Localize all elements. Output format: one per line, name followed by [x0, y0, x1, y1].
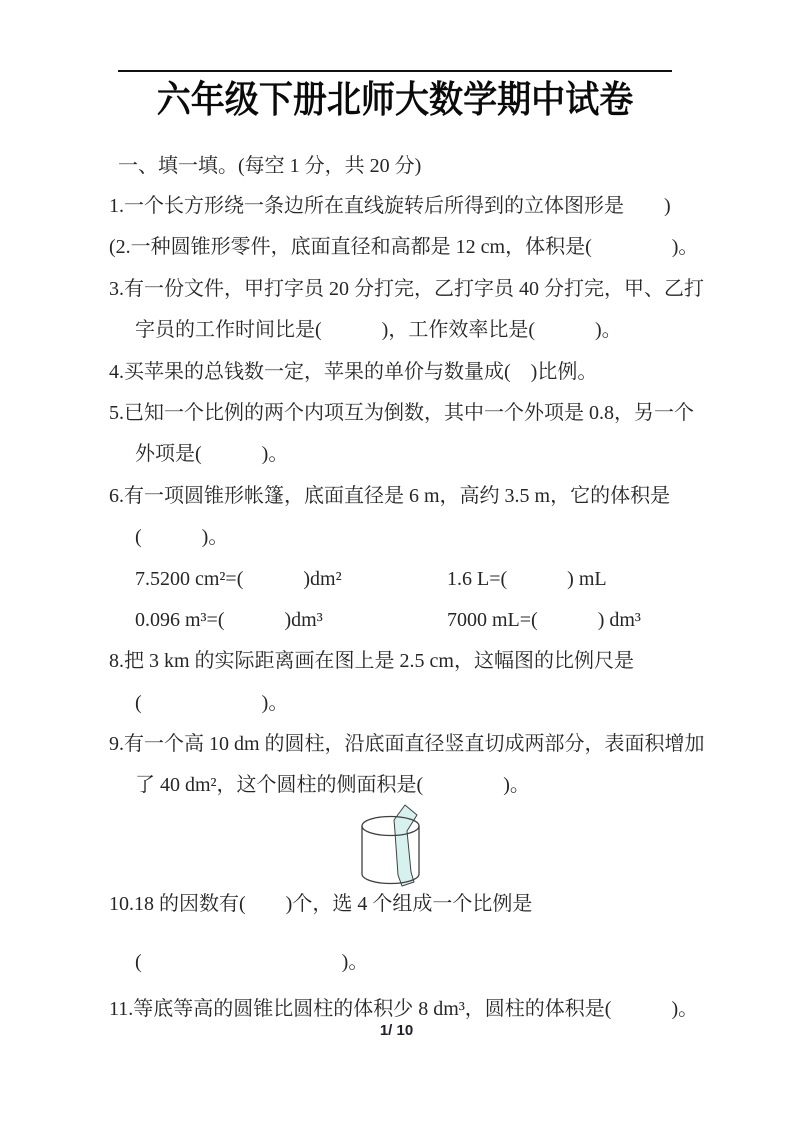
unit-conversion-left: 7.5200 cm²=( )dm² [135, 559, 447, 600]
question-3-line-2: 字员的工作时间比是( )，工作效率比是( )。 [109, 310, 769, 351]
unit-conversion-right: 7000 mL=( ) dm³ [447, 609, 641, 631]
figure-row [109, 807, 769, 884]
question-8-line-1: 8.把 3 km 的实际距离画在图上是 2.5 cm，这幅图的比例尺是 [109, 641, 769, 682]
page-number: 1/ 10 [0, 1022, 793, 1039]
question-2: (2.一种圆锥形零件，底面直径和高都是 12 cm，体积是( )。 [109, 227, 769, 268]
cylinder-cut-figure [354, 799, 430, 891]
question-5-line-2: 外项是( )。 [109, 434, 769, 475]
question-6-line-2: ( )。 [109, 517, 769, 558]
question-9-line-2: 了 40 dm²，这个圆柱的侧面积是( )。 [109, 765, 769, 806]
page-title: 六年级下册北师大数学期中试卷 [140, 78, 650, 122]
questions-list: 1.一个长方形绕一条边所在直线旋转后所得到的立体图形是 ) (2.一种圆锥形零件… [109, 186, 769, 1030]
question-10-line-2: ( )。 [109, 942, 769, 983]
question-1: 1.一个长方形绕一条边所在直线旋转后所得到的立体图形是 ) [109, 186, 769, 227]
question-3-line-1: 3.有一份文件，甲打字员 20 分打完，乙打字员 40 分打完，甲、乙打 [109, 269, 769, 310]
question-6-line-1: 6.有一项圆锥形帐篷，底面直径是 6 m，高约 3.5 m，它的体积是 [109, 476, 769, 517]
question-8-line-2: ( )。 [109, 683, 769, 724]
question-9-line-1: 9.有一个高 10 dm 的圆柱，沿底面直径竖直切成两部分，表面积增加 [109, 724, 769, 765]
question-7-row-1: 7.5200 cm²=( )dm²1.6 L=( ) mL [109, 559, 769, 600]
unit-conversion-left: 0.096 m³=( )dm³ [135, 600, 447, 641]
question-5-line-1: 5.已知一个比例的两个内项互为倒数，其中一个外项是 0.8，另一个 [109, 393, 769, 434]
section-heading: 一、填一填。(每空 1 分，共 20 分) [118, 149, 421, 178]
question-7-row-2: 0.096 m³=( )dm³7000 mL=( ) dm³ [109, 600, 769, 641]
question-4: 4.买苹果的总钱数一定，苹果的单价与数量成( )比例。 [109, 352, 769, 393]
unit-conversion-right: 1.6 L=( ) mL [447, 568, 607, 590]
title-divider [118, 70, 672, 72]
question-10-line-1: 10.18 的因数有( )个，选 4 个组成一个比例是 [109, 884, 769, 925]
